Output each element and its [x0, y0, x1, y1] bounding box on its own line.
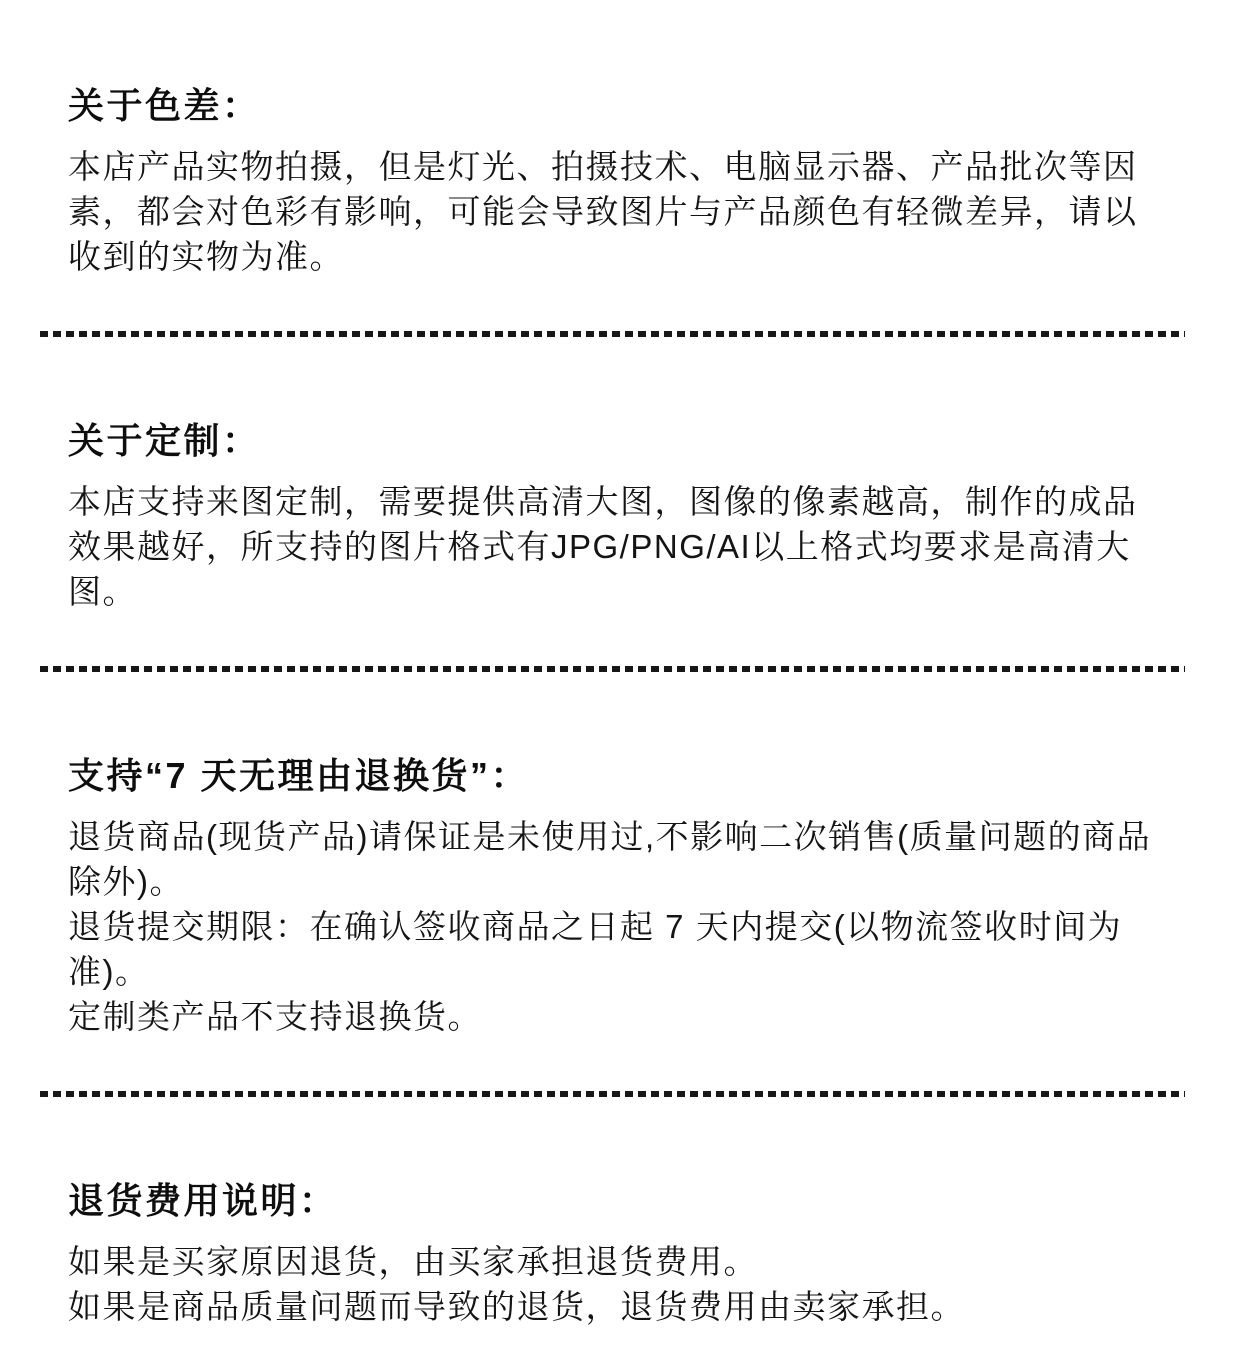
return-fees-line: 如果是商品质量问题而导致的退货，退货费用由卖家承担。 [68, 1284, 1153, 1329]
color-difference-heading: 关于色差： [68, 82, 1153, 130]
dashed-divider [40, 1091, 1185, 1097]
return-policy-line: 退货提交期限：在确认签收商品之日起 7 天内提交(以物流签收时间为准)。 [68, 904, 1153, 994]
section-customization: 关于定制： 本店支持来图定制，需要提供高清大图，图像的像素越高，制作的成品效果越… [68, 417, 1153, 614]
section-color-difference: 关于色差： 本店产品实物拍摄，但是灯光、拍摄技术、电脑显示器、产品批次等因素，都… [68, 82, 1153, 279]
return-policy-heading: 支持“7 天无理由退换货”： [68, 752, 1153, 800]
dashed-divider [40, 666, 1185, 672]
return-fees-heading: 退货费用说明： [68, 1177, 1153, 1225]
customization-body: 本店支持来图定制，需要提供高清大图，图像的像素越高，制作的成品效果越好，所支持的… [68, 479, 1153, 614]
section-return-fees: 退货费用说明： 如果是买家原因退货，由买家承担退货费用。 如果是商品质量问题而导… [68, 1177, 1153, 1329]
customization-heading: 关于定制： [68, 417, 1153, 465]
product-notice-page: 关于色差： 本店产品实物拍摄，但是灯光、拍摄技术、电脑显示器、产品批次等因素，都… [0, 0, 1242, 1369]
return-policy-line: 定制类产品不支持退换货。 [68, 994, 1153, 1039]
dashed-divider [40, 331, 1185, 337]
return-fees-line: 如果是买家原因退货，由买家承担退货费用。 [68, 1239, 1153, 1284]
color-difference-body: 本店产品实物拍摄，但是灯光、拍摄技术、电脑显示器、产品批次等因素，都会对色彩有影… [68, 144, 1153, 279]
return-policy-line: 退货商品(现货产品)请保证是未使用过,不影响二次销售(质量问题的商品除外)。 [68, 814, 1153, 904]
section-return-policy: 支持“7 天无理由退换货”： 退货商品(现货产品)请保证是未使用过,不影响二次销… [68, 752, 1153, 1039]
